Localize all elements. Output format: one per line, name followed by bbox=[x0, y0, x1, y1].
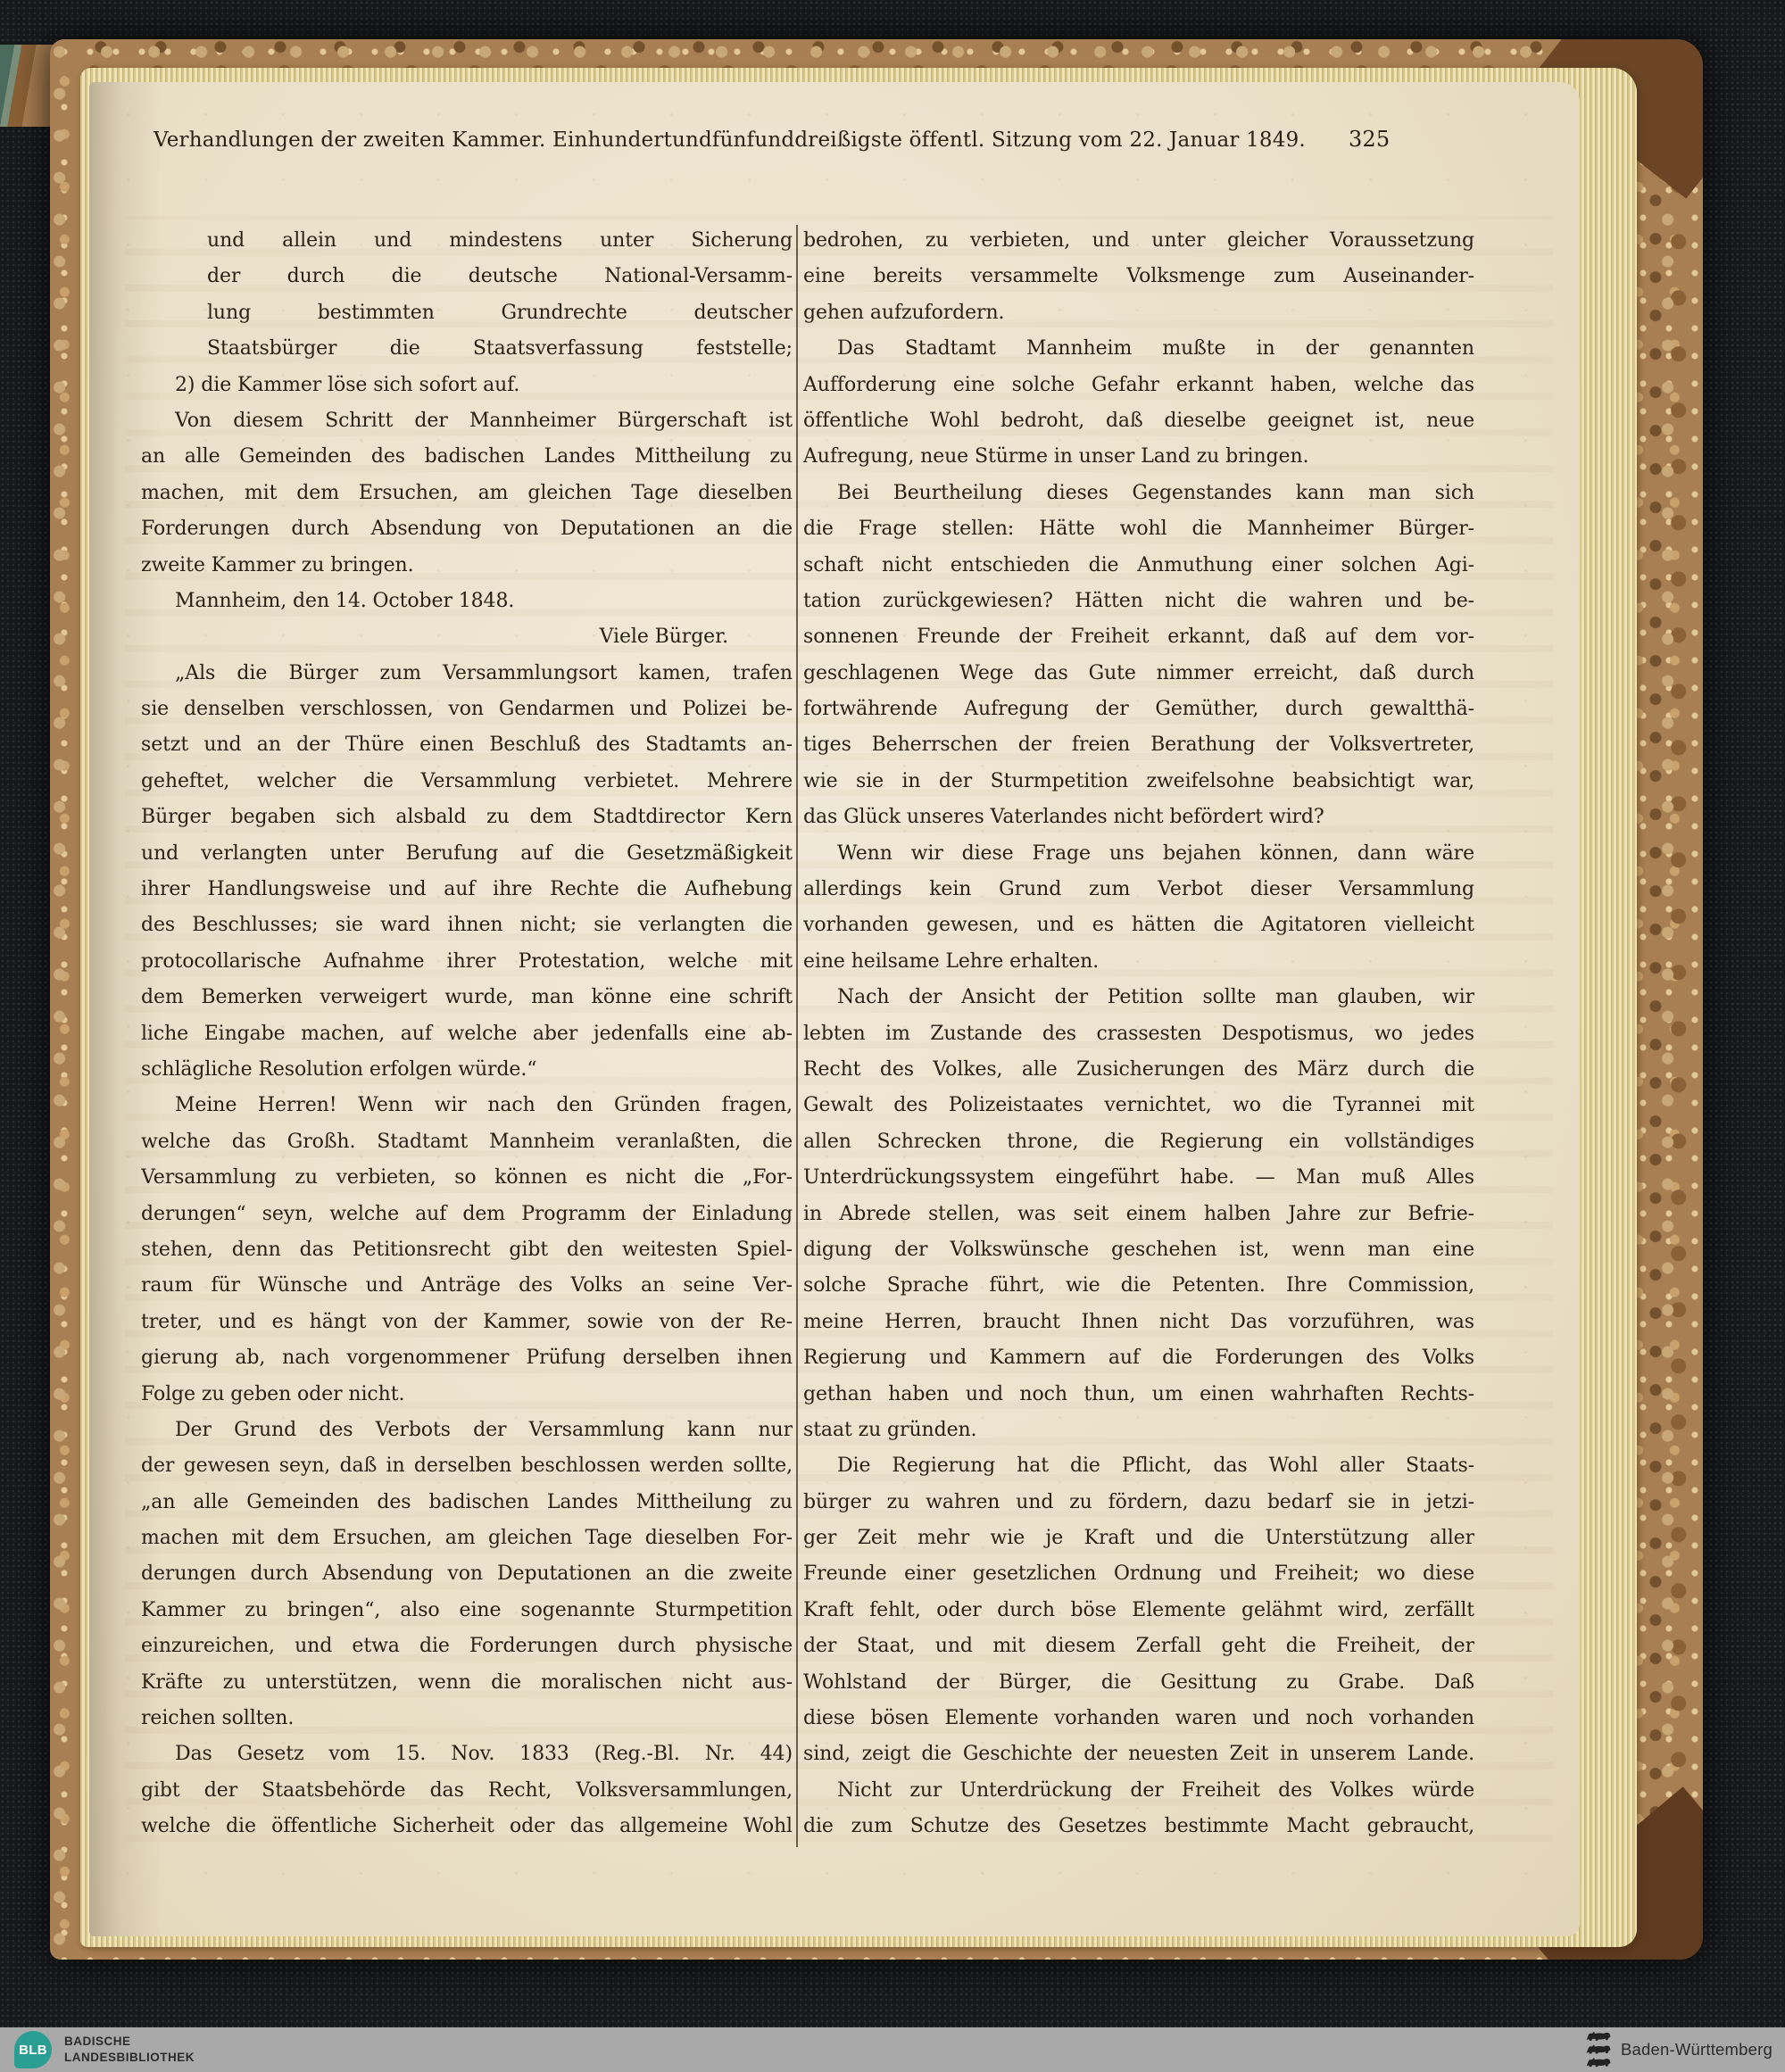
text-line: tiges Beherrschen der freien Berathung d… bbox=[803, 727, 1474, 763]
bw-lions-icon bbox=[1585, 2030, 1612, 2069]
text-line: solche Sprache führt, wie die Petenten. … bbox=[803, 1268, 1474, 1304]
library-footer-bar: BLB BADISCHE LANDESBIBLIOTHEK Baden-Würt… bbox=[0, 2027, 1785, 2072]
left-column: und allein und mindestens unter Sicherun… bbox=[141, 223, 793, 1845]
state-name: Baden-Württemberg bbox=[1621, 2040, 1773, 2060]
blb-logo: BLB bbox=[14, 2031, 52, 2068]
text-line: Aufforderung eine solche Gefahr erkannt … bbox=[803, 368, 1474, 403]
text-line: ihrer Handlungsweise und auf ihre Rechte… bbox=[141, 872, 793, 908]
text-line: gierung ab, nach vorgenommener Prüfung d… bbox=[141, 1340, 793, 1376]
text-line: und allein und mindestens unter Sicherun… bbox=[141, 223, 793, 259]
text-line: allerdings kein Grund zum Verbot dieser … bbox=[803, 872, 1474, 908]
state-branding: Baden-Württemberg bbox=[1585, 2027, 1773, 2072]
page-number: 325 bbox=[1349, 127, 1390, 152]
library-name: BADISCHE LANDESBIBLIOTHEK bbox=[64, 2034, 195, 2065]
text-line: an alle Gemeinden des badischen Landes M… bbox=[141, 439, 793, 475]
text-line: Die Regierung hat die Pflicht, das Wohl … bbox=[803, 1448, 1474, 1484]
text-line: Meine Herren! Wenn wir nach den Gründen … bbox=[141, 1088, 793, 1123]
text-line: geheftet, welcher die Versammlung verbie… bbox=[141, 764, 793, 800]
text-line: setzt und an der Thüre einen Beschluß de… bbox=[141, 727, 793, 763]
text-line: stehen, denn das Petitionsrecht gibt den… bbox=[141, 1232, 793, 1268]
text-line: Freunde einer gesetzlichen Ordnung und F… bbox=[803, 1556, 1474, 1592]
text-line: sie denselben verschlossen, von Gendarme… bbox=[141, 692, 793, 727]
header-title: Verhandlungen der zweiten Kammer. Einhun… bbox=[154, 128, 1306, 152]
text-line: digung der Volkswünsche geschehen ist, w… bbox=[803, 1232, 1474, 1268]
text-line: bedrohen, zu verbieten, und unter gleich… bbox=[803, 223, 1474, 259]
text-line: sind, zeigt die Geschichte der neuesten … bbox=[803, 1736, 1474, 1772]
text-line: liche Eingabe machen, auf welche aber je… bbox=[141, 1016, 793, 1052]
text-line: der durch die deutsche National-Versamm- bbox=[141, 259, 793, 294]
text-line: staat zu gründen. bbox=[803, 1413, 1474, 1448]
text-line: derungen durch Absendung von Deputatione… bbox=[141, 1556, 793, 1592]
text-line: „an alle Gemeinden des badischen Landes … bbox=[141, 1485, 793, 1521]
text-line: Versammlung zu verbieten, so können es n… bbox=[141, 1160, 793, 1196]
text-line: Kraft fehlt, oder durch böse Elemente ge… bbox=[803, 1593, 1474, 1629]
text-line: eine bereits versammelte Volksmenge zum … bbox=[803, 259, 1474, 294]
text-line: meine Herren, braucht Ihnen nicht Das vo… bbox=[803, 1305, 1474, 1340]
text-line: Aufregung, neue Stürme in unser Land zu … bbox=[803, 439, 1474, 475]
text-line: Unterdrückungssystem eingeführt habe. — … bbox=[803, 1160, 1474, 1196]
text-line: Regierung und Kammern auf die Forderunge… bbox=[803, 1340, 1474, 1376]
text-line: Kräfte zu unterstützen, wenn die moralis… bbox=[141, 1665, 793, 1701]
text-line: der Staat, und mit diesem Zerfall geht d… bbox=[803, 1629, 1474, 1664]
text-line: öffentliche Wohl bedroht, daß dieselbe g… bbox=[803, 403, 1474, 439]
text-line: gethan haben und noch thun, um einen wah… bbox=[803, 1377, 1474, 1413]
text-line: vorhanden gewesen, und es hätten die Agi… bbox=[803, 908, 1474, 943]
text-line: Das Stadtamt Mannheim mußte in der genan… bbox=[803, 331, 1474, 367]
text-line: geschlagenen Wege das Gute nimmer erreic… bbox=[803, 656, 1474, 692]
text-line: fortwährende Aufregung der Gemüther, dur… bbox=[803, 692, 1474, 727]
text-line: Von diesem Schritt der Mannheimer Bürger… bbox=[141, 403, 793, 439]
library-branding: BLB BADISCHE LANDESBIBLIOTHEK bbox=[14, 2031, 195, 2068]
text-line: Wohlstand der Bürger, die Gesittung zu G… bbox=[803, 1665, 1474, 1701]
column-divider bbox=[796, 225, 798, 1847]
library-name-line1: BADISCHE bbox=[64, 2034, 195, 2050]
text-line: bürger zu wahren und zu fördern, dazu be… bbox=[803, 1485, 1474, 1521]
text-line: 2) die Kammer löse sich sofort auf. bbox=[141, 368, 793, 403]
text-line: eine heilsame Lehre erhalten. bbox=[803, 944, 1474, 980]
text-line: und verlangten unter Berufung auf die Ge… bbox=[141, 836, 793, 872]
text-line: Bürger begaben sich alsbald zu dem Stadt… bbox=[141, 800, 793, 835]
text-line: gehen aufzufordern. bbox=[803, 295, 1474, 331]
text-line: derungen“ seyn, welche auf dem Programm … bbox=[141, 1197, 793, 1232]
text-line: Der Grund des Verbots der Versammlung ka… bbox=[141, 1413, 793, 1448]
text-line: zweite Kammer zu bringen. bbox=[141, 548, 793, 584]
text-line: Mannheim, den 14. October 1848. bbox=[141, 584, 793, 619]
text-line: machen, mit dem Ersuchen, am gleichen Ta… bbox=[141, 476, 793, 511]
text-line: die zum Schutze des Gesetzes bestimmte M… bbox=[803, 1809, 1474, 1844]
text-line: Kammer zu bringen“, also eine sogenannte… bbox=[141, 1593, 793, 1629]
text-line: Das Gesetz vom 15. Nov. 1833 (Reg.-Bl. N… bbox=[141, 1736, 793, 1772]
scanned-book-viewer: Verhandlungen der zweiten Kammer. Einhun… bbox=[0, 0, 1785, 2072]
text-line: einzureichen, und etwa die Forderungen d… bbox=[141, 1629, 793, 1664]
text-line: Bei Beurtheilung dieses Gegenstandes kan… bbox=[803, 476, 1474, 511]
text-line: treter, und es hängt von der Kammer, sow… bbox=[141, 1305, 793, 1340]
text-line: allen Schrecken throne, die Regierung ei… bbox=[803, 1124, 1474, 1160]
text-line: des Beschlusses; sie ward ihnen nicht; s… bbox=[141, 908, 793, 943]
text-line: reichen sollten. bbox=[141, 1701, 793, 1736]
text-line: der gewesen seyn, daß in derselben besch… bbox=[141, 1448, 793, 1484]
text-line: Nach der Ansicht der Petition sollte man… bbox=[803, 980, 1474, 1015]
text-line: diese bösen Elemente vorhanden waren und… bbox=[803, 1701, 1474, 1736]
book-page: Verhandlungen der zweiten Kammer. Einhun… bbox=[89, 82, 1580, 1936]
text-line: schaft nicht entschieden die Anmuthung e… bbox=[803, 548, 1474, 584]
text-line: tation zurückgewiesen? Hätten nicht die … bbox=[803, 584, 1474, 619]
library-name-line2: LANDESBIBLIOTHEK bbox=[64, 2050, 195, 2066]
text-line: in Abrede stellen, was seit einem halben… bbox=[803, 1197, 1474, 1232]
text-line: Wenn wir diese Frage uns bejahen können,… bbox=[803, 836, 1474, 872]
text-line: „Als die Bürger zum Versammlungsort kame… bbox=[141, 656, 793, 692]
text-line: protocollarische Aufnahme ihrer Protesta… bbox=[141, 944, 793, 980]
text-line: Forderungen durch Absendung von Deputati… bbox=[141, 511, 793, 547]
text-line: schlägliche Resolution erfolgen würde.“ bbox=[141, 1052, 793, 1088]
text-line: Viele Bürger. bbox=[141, 619, 793, 655]
text-line: welche die öffentliche Sicherheit oder d… bbox=[141, 1809, 793, 1844]
text-line: Nicht zur Unterdrückung der Freiheit des… bbox=[803, 1773, 1474, 1809]
text-line: Staatsbürger die Staatsverfassung festst… bbox=[141, 331, 793, 367]
running-header: Verhandlungen der zweiten Kammer. Einhun… bbox=[154, 127, 1341, 152]
text-line: Folge zu geben oder nicht. bbox=[141, 1377, 793, 1413]
text-line: raum für Wünsche und Anträge des Volks a… bbox=[141, 1268, 793, 1304]
text-line: lung bestimmten Grundrechte deutscher bbox=[141, 295, 793, 331]
text-line: dem Bemerken verweigert wurde, man könne… bbox=[141, 980, 793, 1015]
text-line: Recht des Volkes, alle Zusicherungen des… bbox=[803, 1052, 1474, 1088]
text-line: das Glück unseres Vaterlandes nicht befö… bbox=[803, 800, 1474, 835]
text-line: wie sie in der Sturmpetition zweifelsohn… bbox=[803, 764, 1474, 800]
text-line: ger Zeit mehr wie je Kraft und die Unter… bbox=[803, 1521, 1474, 1556]
text-line: machen mit dem Ersuchen, am gleichen Tag… bbox=[141, 1521, 793, 1556]
text-line: gibt der Staatsbehörde das Recht, Volksv… bbox=[141, 1773, 793, 1809]
right-column: bedrohen, zu verbieten, und unter gleich… bbox=[803, 223, 1474, 1845]
text-line: welche das Großh. Stadtamt Mannheim vera… bbox=[141, 1124, 793, 1160]
text-line: die Frage stellen: Hätte wohl die Mannhe… bbox=[803, 511, 1474, 547]
text-line: sonnenen Freunde der Freiheit erkannt, d… bbox=[803, 619, 1474, 655]
text-line: Gewalt des Polizeistaates vernichtet, wo… bbox=[803, 1088, 1474, 1123]
text-line: lebten im Zustande des crassesten Despot… bbox=[803, 1016, 1474, 1052]
